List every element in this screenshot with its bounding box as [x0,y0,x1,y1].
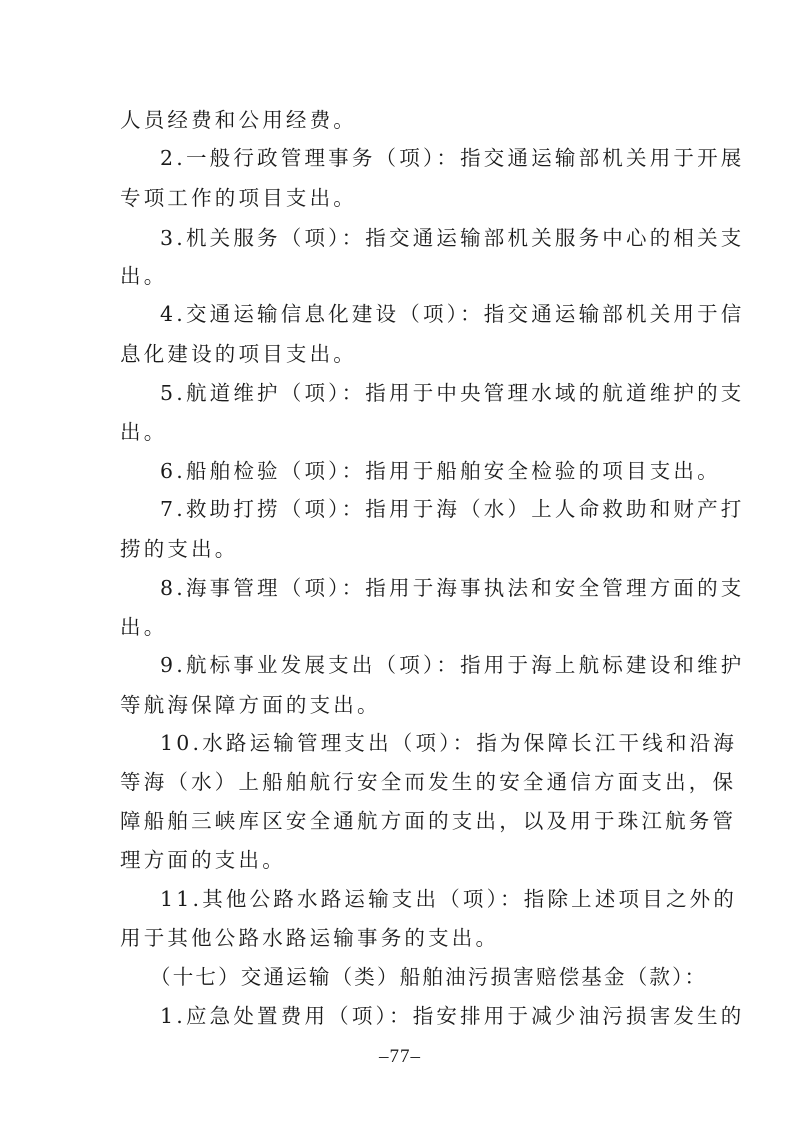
paragraph-line: 7.救助打捞（项）：指用于海（水）上人命救助和财产打 [160,497,680,521]
paragraph-line: 息化建设的项目支出。 [120,342,680,366]
page-number: –77– [0,1046,800,1068]
paragraph-line: 11.其他公路水路运输支出（项）：指除上述项目之外的 [160,887,680,911]
paragraph-line: 1.应急处置费用（项）：指安排用于减少油污损害发生的 [160,1004,680,1028]
section-heading-line: （十七）交通运输（类）船舶油污损害赔偿基金（款）： [150,965,680,989]
paragraph-line: 3.机关服务（项）：指交通运输部机关服务中心的相关支 [160,226,680,250]
paragraph-line: 等海（水）上船舶航行安全而发生的安全通信方面支出，保 [120,770,680,794]
paragraph-line: 4.交通运输信息化建设（项）：指交通运输部机关用于信 [160,302,680,326]
paragraph-line: 捞的支出。 [120,537,680,561]
document-page: 人员经费和公用经费。2.一般行政管理事务（项）：指交通运输部机关用于开展专项工作… [0,0,800,1131]
paragraph-line: 10.水路运输管理支出（项）：指为保障长江干线和沿海 [160,731,680,755]
paragraph-line: 人员经费和公用经费。 [120,108,680,132]
paragraph-line: 等航海保障方面的支出。 [120,693,680,717]
paragraph-line: 理方面的支出。 [120,848,680,872]
paragraph-line: 专项工作的项目支出。 [120,186,680,210]
paragraph-line: 2.一般行政管理事务（项）：指交通运输部机关用于开展 [160,146,680,170]
paragraph-line: 障船舶三峡库区安全通航方面的支出，以及用于珠江航务管 [120,809,680,833]
paragraph-line: 8.海事管理（项）：指用于海事执法和安全管理方面的支 [160,576,680,600]
paragraph-line: 5.航道维护（项）：指用于中央管理水域的航道维护的支 [160,381,680,405]
paragraph-line: 用于其他公路水路运输事务的支出。 [120,926,680,950]
paragraph-line: 9.航标事业发展支出（项）：指用于海上航标建设和维护 [160,653,680,677]
paragraph-line: 6.船舶检验（项）：指用于船舶安全检验的项目支出。 [160,459,680,483]
paragraph-line: 出。 [120,420,680,444]
paragraph-line: 出。 [120,615,680,639]
paragraph-line: 出。 [120,264,680,288]
